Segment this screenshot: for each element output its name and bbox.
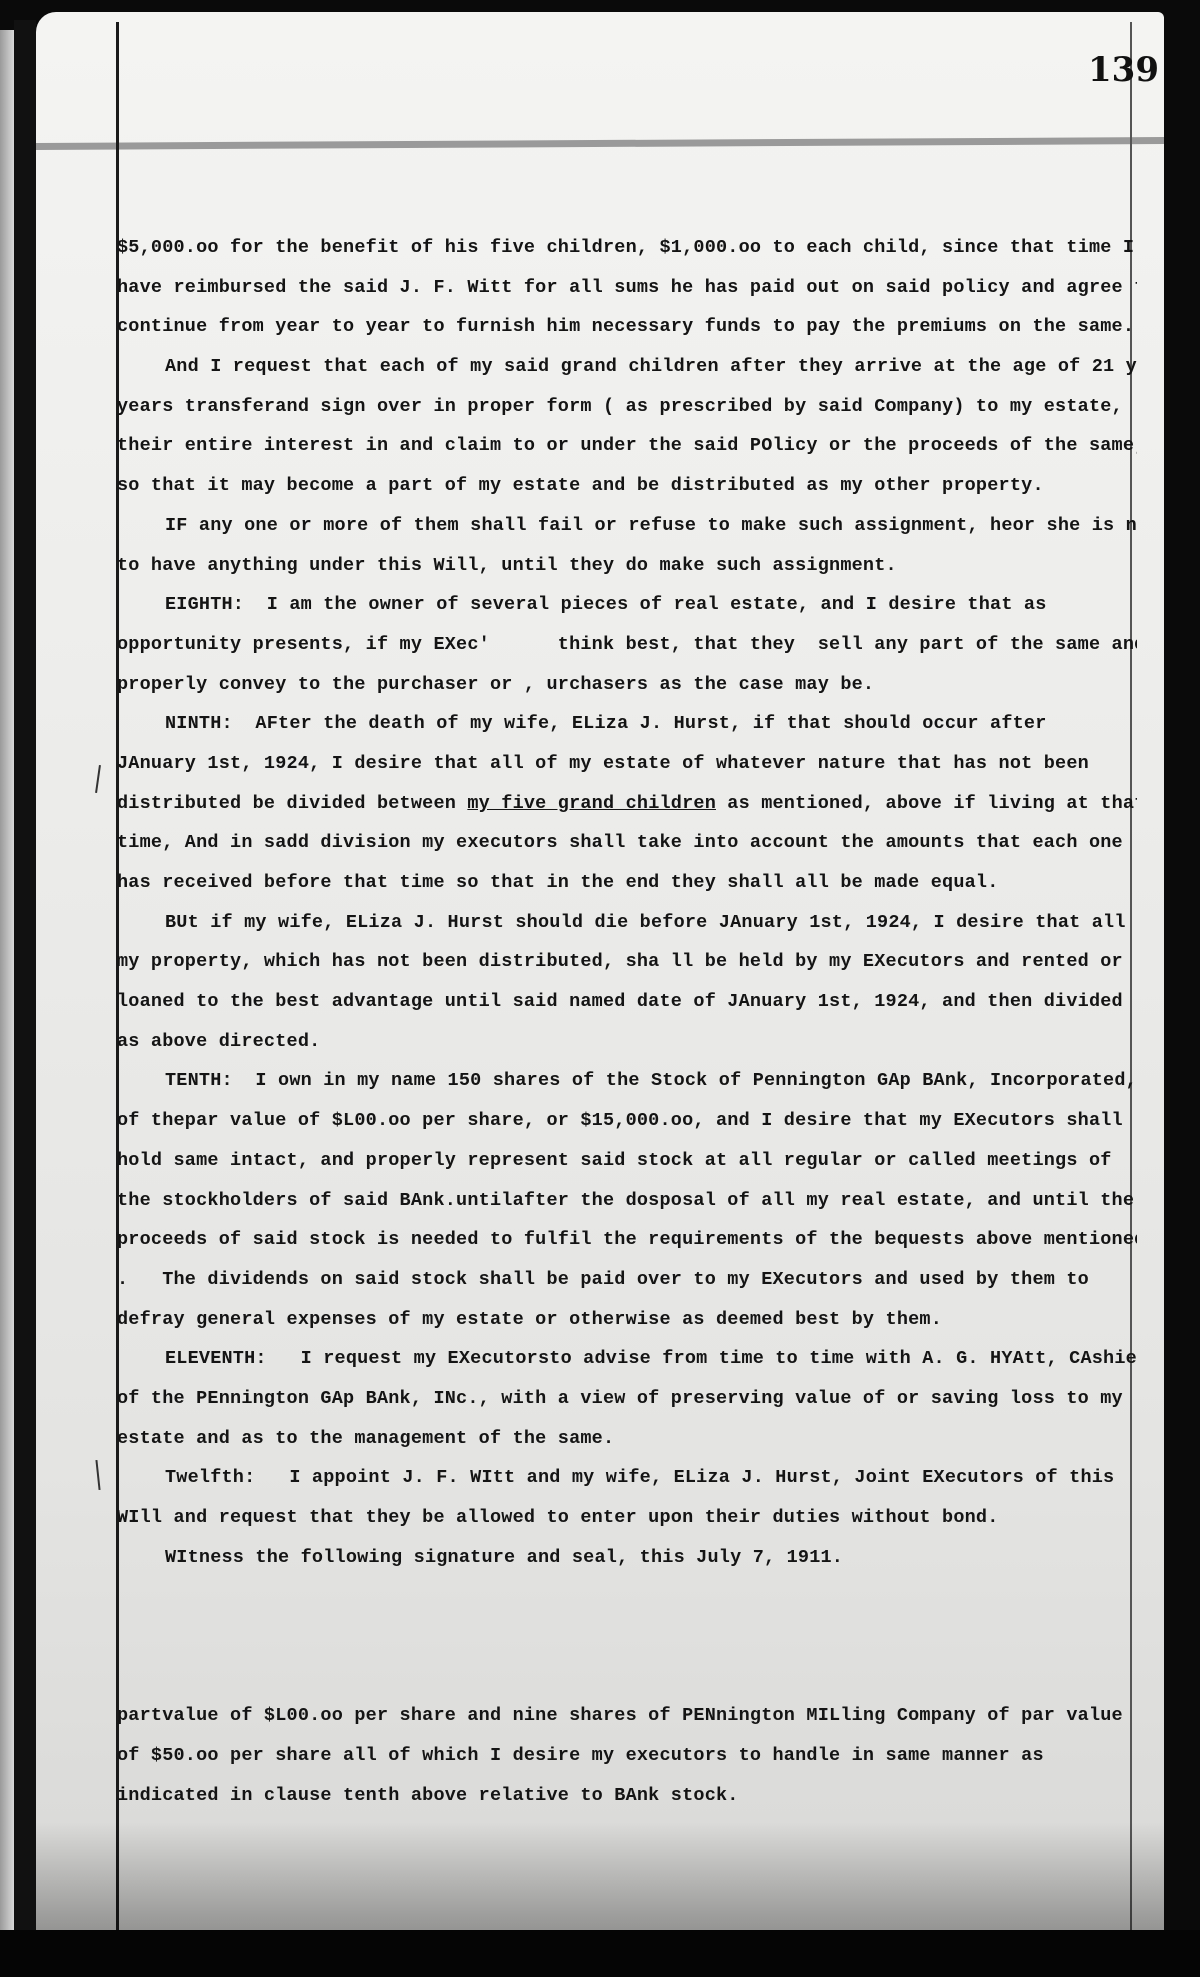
text-line: proceeds of said stock is needed to fulf… [117,1220,1137,1260]
text-line: time, And in sadd division my executors … [117,823,1137,863]
text-line: IF any one or more of them shall fail or… [117,506,1137,546]
scan-border-right [1164,0,1200,1977]
text-line: estate and as to the management of the s… [117,1419,1137,1459]
text-line: to have anything under this Will, until … [117,546,1137,586]
text-line: continue from year to year to furnish hi… [117,307,1137,347]
clause-ninth: NINTH: AFter the death of my wife, ELiza… [117,704,1137,744]
signature-row: T. M. King, " " " [117,1617,1137,1657]
codicil-row: CODICIL: I also own in my name six share… [117,1657,1137,1697]
text-line: years transferand sign over in proper fo… [117,387,1137,427]
text-line: my property, which has not been distribu… [117,942,1137,982]
text-line: loaned to the best advantage until said … [117,982,1137,1022]
text-line: their entire interest in and claim to or… [117,426,1137,466]
text-line: JAnuary 1st, 1924, I desire that all of … [117,744,1137,784]
text-line: $5,000.oo for the benefit of his five ch… [117,228,1137,268]
text-line: the stockholders of said BAnk.untilafter… [117,1181,1137,1221]
clause-eleventh: ELEVENTH: I request my EXecutorsto advis… [117,1339,1137,1379]
text-line: indicated in clause tenth above relative… [117,1776,1137,1816]
text-line: has received before that time so that in… [117,863,1137,903]
page-number: 139 [1088,50,1159,90]
text-line: partvalue of $L00.oo per share and nine … [117,1696,1137,1736]
text-line: And I request that each of my said grand… [117,347,1137,387]
clause-eighth: EIGHTH: I am the owner of several pieces… [117,585,1137,625]
text-line: of the PEnnington GAp BAnk, INc., with a… [117,1379,1137,1419]
text-line: opportunity presents, if my EXec' think … [117,625,1137,665]
will-text: $5,000.oo for the benefit of his five ch… [117,228,1137,1941]
text-line: hold same intact, and properly represent… [117,1141,1137,1181]
text-line: distributed be divided between my five g… [117,784,1137,824]
text-line: WIll and request that they be allowed to… [117,1498,1137,1538]
text-line: of $50.oo per share all of which I desir… [117,1736,1137,1776]
signature-row: Witness:. A. G. HYAtt: [117,1861,1137,1901]
clause-twelfth: Twelfth: I appoint J. F. WItt and my wif… [117,1458,1137,1498]
signature-row: Witnesses: A. G. HyAtt, Pennington Gap, … [117,1577,1137,1617]
book-binding [14,20,36,1950]
text-line: so that it may become a part of my estat… [117,466,1137,506]
text-line: defray general expenses of my estate or … [117,1300,1137,1340]
scan-border-bottom [0,1930,1200,1977]
top-rule-line [36,137,1164,150]
clause-tenth: TENTH: I own in my name 150 shares of th… [117,1061,1137,1101]
left-page-edge [0,30,14,1930]
text-span: distributed be divided between [117,793,467,814]
text-span: as mentioned, above if living at that [716,793,1137,814]
text-line: have reimbursed the said J. F. Witt for … [117,268,1137,308]
text-line: BUt if my wife, ELiza J. Hurst should di… [117,903,1137,943]
text-line: properly convey to the purchaser or , ur… [117,665,1137,705]
text-line: . The dividends on said stock shall be p… [117,1260,1137,1300]
text-line: of thepar value of $L00.oo per share, or… [117,1101,1137,1141]
text-line: as above directed. [117,1022,1137,1062]
attestation-line: WItness the following signature and seal… [117,1538,1137,1578]
underlined-text: my five grand children [467,793,716,814]
signature-row: W. S. Hurst, (SEAL). [117,1816,1137,1856]
